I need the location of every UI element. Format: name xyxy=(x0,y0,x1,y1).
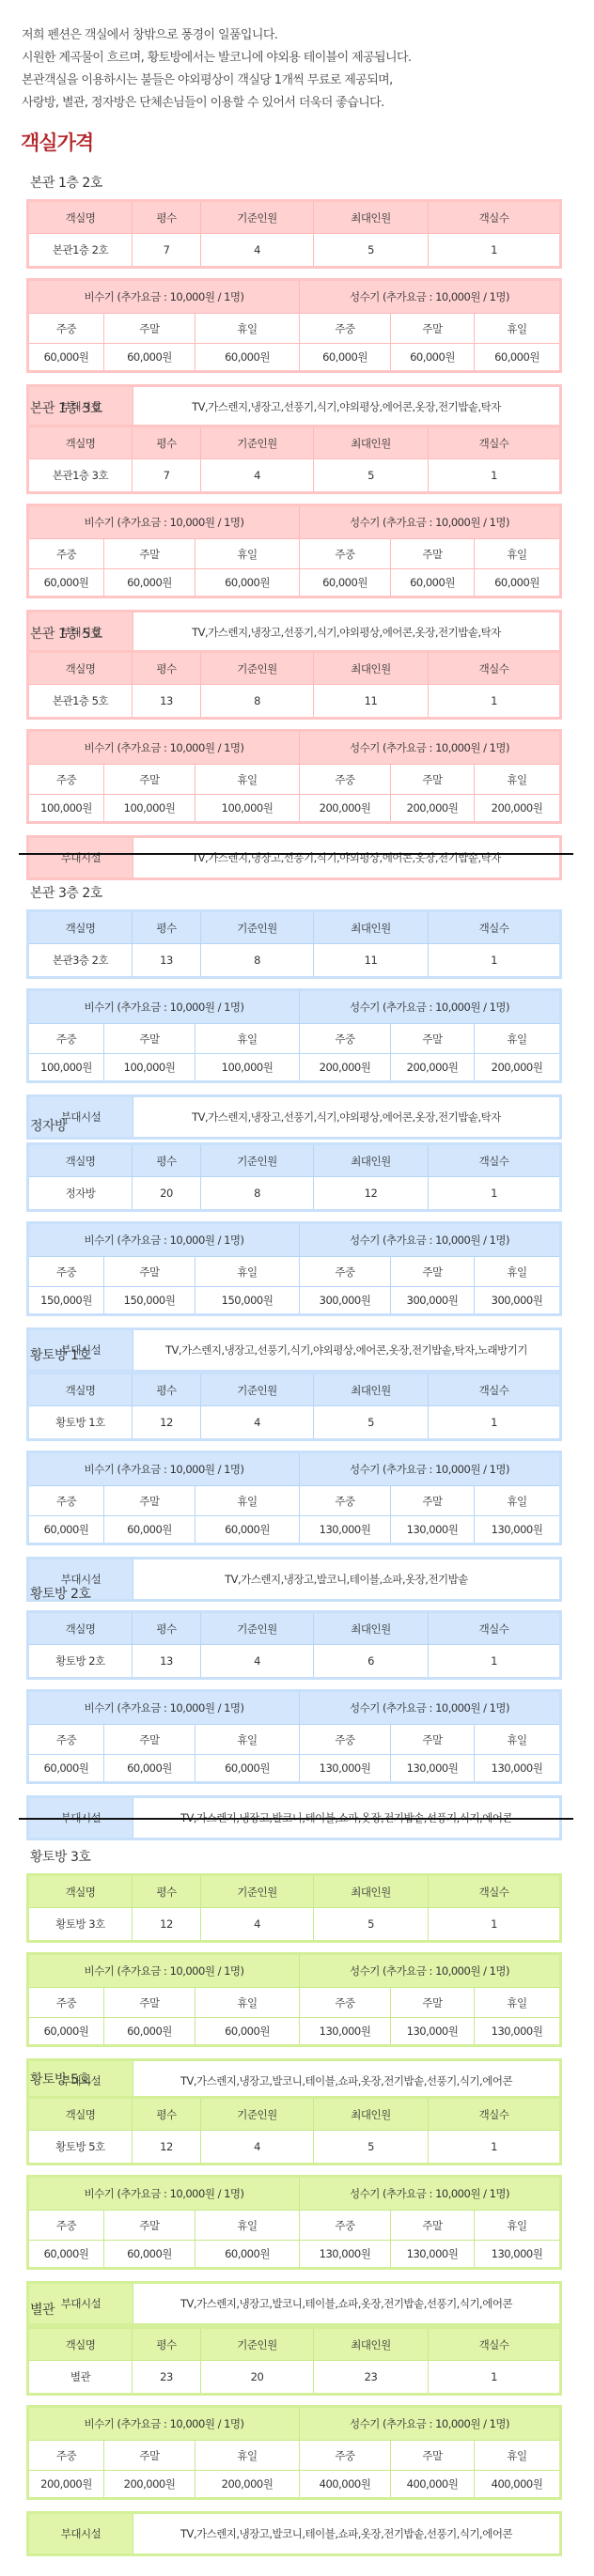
price-row: 100,000원 100,000원 100,000원 200,000원 200,… xyxy=(28,795,561,823)
col-max-occupancy-header: 최대인원 xyxy=(314,652,429,685)
base-occupancy-cell: 4 xyxy=(201,234,314,268)
table-row: 정자방 20 8 12 1 xyxy=(28,1177,561,1211)
off-weekday-price: 200,000원 xyxy=(28,2471,104,2499)
peak-weekend-label: 주말 xyxy=(391,1486,475,1516)
season-header-row: 비수기 (추가요금 : 10,000원 / 1명) 성수기 (추가요금 : 10… xyxy=(28,280,561,314)
off-holiday-label: 휴일 xyxy=(195,539,300,569)
off-weekday-label: 주중 xyxy=(28,2211,104,2241)
col-area-header: 평수 xyxy=(133,911,201,944)
off-holiday-label: 휴일 xyxy=(195,1486,300,1516)
peak-weekday-price: 200,000원 xyxy=(300,795,391,823)
off-holiday-price: 60,000원 xyxy=(195,1755,300,1783)
off-weekday-label: 주중 xyxy=(28,2441,104,2471)
info-header-row: 객실명 평수 기준인원 최대인원 객실수 xyxy=(28,427,561,459)
price-row: 60,000원 60,000원 60,000원 130,000원 130,000… xyxy=(28,1755,561,1783)
off-weekend-label: 주말 xyxy=(104,1257,195,1287)
col-base-occupancy-header: 기준인원 xyxy=(201,652,314,685)
room-name-cell: 황토방 1호 xyxy=(28,1406,133,1440)
season-header-row: 비수기 (추가요금 : 10,000원 / 1명) 성수기 (추가요금 : 10… xyxy=(28,1452,561,1486)
peak-holiday-label: 휴일 xyxy=(475,1988,561,2018)
peak-holiday-price: 130,000원 xyxy=(475,2018,561,2046)
peak-weekday-price: 200,000원 xyxy=(300,1054,391,1082)
off-holiday-price: 60,000원 xyxy=(195,1516,300,1544)
room-count-cell: 1 xyxy=(429,2131,561,2165)
off-weekday-label: 주중 xyxy=(28,765,104,795)
daytype-row: 주중 주말 휴일 주중 주말 휴일 xyxy=(28,1257,561,1287)
info-header-row: 객실명 평수 기준인원 최대인원 객실수 xyxy=(28,1612,561,1645)
col-max-occupancy-header: 최대인원 xyxy=(314,911,429,944)
peak-weekday-label: 주중 xyxy=(300,2441,391,2471)
peak-weekend-label: 주말 xyxy=(391,314,475,344)
intro-line: 저희 펜션은 객실에서 창밖으로 풍경이 일품입니다. xyxy=(22,24,411,47)
price-table: 비수기 (추가요금 : 10,000원 / 1명) 성수기 (추가요금 : 10… xyxy=(26,278,562,373)
room-section-main-1f-3: 본관 1층 3호 객실명 평수 기준인원 최대인원 객실수 본관1층 3호 7 … xyxy=(26,398,562,655)
peak-weekday-price: 60,000원 xyxy=(300,344,391,372)
off-season-header: 비수기 (추가요금 : 10,000원 / 1명) xyxy=(28,505,300,539)
room-title: 황토방 2호 xyxy=(30,1584,562,1605)
col-base-occupancy-header: 기준인원 xyxy=(201,201,314,234)
max-occupancy-cell: 5 xyxy=(314,1406,429,1440)
off-weekend-label: 주말 xyxy=(104,1988,195,2018)
facilities-list: TV,가스렌지,냉장고,선풍기,식기,야외평상,에어콘,옷장,전기밥솥,탁자 xyxy=(133,837,561,879)
peak-weekday-price: 130,000원 xyxy=(300,2018,391,2046)
intro-line: 본관객실을 이용하시는 불들은 야외평상이 객실당 1개씩 무료로 제공되며, xyxy=(22,70,411,92)
season-header-row: 비수기 (추가요금 : 10,000원 / 1명) 성수기 (추가요금 : 10… xyxy=(28,1223,561,1257)
off-holiday-label: 휴일 xyxy=(195,2211,300,2241)
price-table: 비수기 (추가요금 : 10,000원 / 1명) 성수기 (추가요금 : 10… xyxy=(26,729,562,824)
off-weekend-price: 60,000원 xyxy=(104,569,195,597)
col-max-occupancy-header: 최대인원 xyxy=(314,2098,429,2131)
info-header-row: 객실명 평수 기준인원 최대인원 객실수 xyxy=(28,1144,561,1177)
room-count-cell: 1 xyxy=(429,234,561,268)
peak-weekday-price: 130,000원 xyxy=(300,1516,391,1544)
facilities-list: TV,가스렌지,냉장고,발코니,테이블,쇼파,옷장,전기밥솥,선풍기,식기,에어… xyxy=(133,2513,561,2555)
peak-holiday-price: 200,000원 xyxy=(475,795,561,823)
off-weekend-price: 100,000원 xyxy=(104,1054,195,1082)
off-holiday-price: 60,000원 xyxy=(195,2018,300,2046)
off-season-header: 비수기 (추가요금 : 10,000원 / 1명) xyxy=(28,1954,300,1988)
peak-weekday-label: 주중 xyxy=(300,314,391,344)
peak-holiday-price: 60,000원 xyxy=(475,344,561,372)
peak-weekday-label: 주중 xyxy=(300,1988,391,2018)
room-title: 황토방 5호 xyxy=(30,2070,562,2090)
area-cell: 7 xyxy=(133,459,201,493)
intro-line: 사랑방, 별관, 정자방은 단체손님들이 이용할 수 있어서 더욱더 좋습니다. xyxy=(22,92,411,115)
peak-season-header: 성수기 (추가요금 : 10,000원 / 1명) xyxy=(300,1452,561,1486)
peak-weekday-price: 300,000원 xyxy=(300,1287,391,1315)
table-row: 본관3층 2호 13 8 11 1 xyxy=(28,944,561,978)
off-weekend-label: 주말 xyxy=(104,765,195,795)
col-room-name-header: 객실명 xyxy=(28,427,133,459)
peak-holiday-label: 휴일 xyxy=(475,2211,561,2241)
area-cell: 7 xyxy=(133,234,201,268)
off-weekday-price: 60,000원 xyxy=(28,1516,104,1544)
room-info-table: 객실명 평수 기준인원 최대인원 객실수 본관1층 2호 7 4 5 1 xyxy=(26,199,562,269)
peak-season-header: 성수기 (추가요금 : 10,000원 / 1명) xyxy=(300,280,561,314)
off-weekend-price: 150,000원 xyxy=(104,1287,195,1315)
peak-weekend-label: 주말 xyxy=(391,539,475,569)
room-name-cell: 정자방 xyxy=(28,1177,133,1211)
max-occupancy-cell: 5 xyxy=(314,459,429,493)
col-max-occupancy-header: 최대인원 xyxy=(314,1144,429,1177)
col-room-count-header: 객실수 xyxy=(429,427,561,459)
facility-row: 부대시설 TV,가스렌지,냉장고,선풍기,식기,야외평상,에어콘,옷장,전기밥솥… xyxy=(28,837,561,879)
area-cell: 23 xyxy=(133,2361,201,2395)
area-cell: 12 xyxy=(133,1908,201,1942)
col-base-occupancy-header: 기준인원 xyxy=(201,2328,314,2361)
daytype-row: 주중 주말 휴일 주중 주말 휴일 xyxy=(28,1725,561,1755)
room-info-table: 객실명 평수 기준인원 최대인원 객실수 황토방 2호 13 4 6 1 xyxy=(26,1610,562,1680)
room-count-cell: 1 xyxy=(429,1645,561,1679)
off-weekday-label: 주중 xyxy=(28,1988,104,2018)
peak-weekend-label: 주말 xyxy=(391,2441,475,2471)
price-table: 비수기 (추가요금 : 10,000원 / 1명) 성수기 (추가요금 : 10… xyxy=(26,1451,562,1545)
room-title: 황토방 1호 xyxy=(30,1345,562,1366)
peak-weekday-price: 60,000원 xyxy=(300,569,391,597)
facilities-label: 부대시설 xyxy=(28,837,133,879)
room-section-clay-3: 황토방 3호 객실명 평수 기준인원 최대인원 객실수 황토방 3호 12 4 … xyxy=(26,1847,562,2103)
room-name-cell: 별관 xyxy=(28,2361,133,2395)
season-header-row: 비수기 (추가요금 : 10,000원 / 1명) 성수기 (추가요금 : 10… xyxy=(28,1691,561,1725)
daytype-row: 주중 주말 휴일 주중 주말 휴일 xyxy=(28,539,561,569)
max-occupancy-cell: 11 xyxy=(314,944,429,978)
table-row: 본관1층 3호 7 4 5 1 xyxy=(28,459,561,493)
room-name-cell: 본관1층 2호 xyxy=(28,234,133,268)
max-occupancy-cell: 12 xyxy=(314,1177,429,1211)
daytype-row: 주중 주말 휴일 주중 주말 휴일 xyxy=(28,765,561,795)
col-max-occupancy-header: 최대인원 xyxy=(314,427,429,459)
base-occupancy-cell: 20 xyxy=(201,2361,314,2395)
off-weekday-label: 주중 xyxy=(28,314,104,344)
info-header-row: 객실명 평수 기준인원 최대인원 객실수 xyxy=(28,652,561,685)
peak-holiday-price: 300,000원 xyxy=(475,1287,561,1315)
room-title: 정자방 xyxy=(30,1116,562,1137)
peak-weekend-label: 주말 xyxy=(391,1024,475,1054)
daytype-row: 주중 주말 휴일 주중 주말 휴일 xyxy=(28,314,561,344)
off-season-header: 비수기 (추가요금 : 10,000원 / 1명) xyxy=(28,1452,300,1486)
col-base-occupancy-header: 기준인원 xyxy=(201,1875,314,1908)
peak-weekend-price: 200,000원 xyxy=(391,795,475,823)
off-season-header: 비수기 (추가요금 : 10,000원 / 1명) xyxy=(28,2407,300,2441)
off-weekend-label: 주말 xyxy=(104,539,195,569)
peak-weekday-label: 주중 xyxy=(300,539,391,569)
price-table: 비수기 (추가요금 : 10,000원 / 1명) 성수기 (추가요금 : 10… xyxy=(26,1952,562,2047)
price-row: 60,000원 60,000원 60,000원 60,000원 60,000원 … xyxy=(28,569,561,597)
col-room-name-header: 객실명 xyxy=(28,1612,133,1645)
price-table: 비수기 (추가요금 : 10,000원 / 1명) 성수기 (추가요금 : 10… xyxy=(26,1689,562,1784)
off-weekend-label: 주말 xyxy=(104,1486,195,1516)
col-room-name-header: 객실명 xyxy=(28,1373,133,1406)
off-weekday-price: 60,000원 xyxy=(28,1755,104,1783)
off-holiday-label: 휴일 xyxy=(195,1024,300,1054)
peak-holiday-label: 휴일 xyxy=(475,1486,561,1516)
max-occupancy-cell: 5 xyxy=(314,2131,429,2165)
area-cell: 20 xyxy=(133,1177,201,1211)
price-table: 비수기 (추가요금 : 10,000원 / 1명) 성수기 (추가요금 : 10… xyxy=(26,1221,562,1316)
col-area-header: 평수 xyxy=(133,2098,201,2131)
peak-weekday-label: 주중 xyxy=(300,765,391,795)
off-weekend-label: 주말 xyxy=(104,2441,195,2471)
off-holiday-label: 휴일 xyxy=(195,1988,300,2018)
col-room-count-header: 객실수 xyxy=(429,1612,561,1645)
off-holiday-price: 60,000원 xyxy=(195,344,300,372)
info-header-row: 객실명 평수 기준인원 최대인원 객실수 xyxy=(28,2328,561,2361)
room-info-table: 객실명 평수 기준인원 최대인원 객실수 황토방 5호 12 4 5 1 xyxy=(26,2096,562,2165)
col-room-name-header: 객실명 xyxy=(28,1144,133,1177)
off-weekend-label: 주말 xyxy=(104,1024,195,1054)
base-occupancy-cell: 4 xyxy=(201,1406,314,1440)
season-header-row: 비수기 (추가요금 : 10,000원 / 1명) 성수기 (추가요금 : 10… xyxy=(28,1954,561,1988)
table-row: 황토방 2호 13 4 6 1 xyxy=(28,1645,561,1679)
base-occupancy-cell: 8 xyxy=(201,944,314,978)
peak-weekend-price: 130,000원 xyxy=(391,1755,475,1783)
room-title: 본관 1층 2호 xyxy=(30,173,562,194)
off-weekday-price: 100,000원 xyxy=(28,795,104,823)
peak-holiday-label: 휴일 xyxy=(475,2441,561,2471)
off-weekday-price: 100,000원 xyxy=(28,1054,104,1082)
col-area-header: 평수 xyxy=(133,1373,201,1406)
peak-holiday-price: 200,000원 xyxy=(475,1054,561,1082)
col-room-count-header: 객실수 xyxy=(429,2328,561,2361)
max-occupancy-cell: 6 xyxy=(314,1645,429,1679)
room-title: 본관 1층 5호 xyxy=(30,624,562,644)
room-info-table: 객실명 평수 기준인원 최대인원 객실수 황토방 3호 12 4 5 1 xyxy=(26,1873,562,1943)
col-room-count-header: 객실수 xyxy=(429,652,561,685)
table-row: 별관 23 20 23 1 xyxy=(28,2361,561,2395)
off-season-header: 비수기 (추가요금 : 10,000원 / 1명) xyxy=(28,2177,300,2211)
price-table: 비수기 (추가요금 : 10,000원 / 1명) 성수기 (추가요금 : 10… xyxy=(26,2175,562,2270)
off-holiday-price: 100,000원 xyxy=(195,1054,300,1082)
price-row: 100,000원 100,000원 100,000원 200,000원 200,… xyxy=(28,1054,561,1082)
price-row: 60,000원 60,000원 60,000원 130,000원 130,000… xyxy=(28,1516,561,1544)
room-info-table: 객실명 평수 기준인원 최대인원 객실수 본관1층 3호 7 4 5 1 xyxy=(26,425,562,494)
col-max-occupancy-header: 최대인원 xyxy=(314,2328,429,2361)
room-name-cell: 황토방 5호 xyxy=(28,2131,133,2165)
peak-weekend-label: 주말 xyxy=(391,765,475,795)
off-weekend-price: 60,000원 xyxy=(104,1516,195,1544)
season-header-row: 비수기 (추가요금 : 10,000원 / 1명) 성수기 (추가요금 : 10… xyxy=(28,990,561,1024)
peak-season-header: 성수기 (추가요금 : 10,000원 / 1명) xyxy=(300,990,561,1024)
area-cell: 12 xyxy=(133,2131,201,2165)
price-row: 60,000원 60,000원 60,000원 60,000원 60,000원 … xyxy=(28,344,561,372)
daytype-row: 주중 주말 휴일 주중 주말 휴일 xyxy=(28,1024,561,1054)
peak-weekend-label: 주말 xyxy=(391,1988,475,2018)
off-weekend-label: 주말 xyxy=(104,314,195,344)
room-count-cell: 1 xyxy=(429,944,561,978)
base-occupancy-cell: 4 xyxy=(201,459,314,493)
off-weekday-label: 주중 xyxy=(28,1486,104,1516)
peak-weekend-price: 400,000원 xyxy=(391,2471,475,2499)
table-row: 황토방 1호 12 4 5 1 xyxy=(28,1406,561,1440)
info-header-row: 객실명 평수 기준인원 최대인원 객실수 xyxy=(28,201,561,234)
price-row: 60,000원 60,000원 60,000원 130,000원 130,000… xyxy=(28,2018,561,2046)
col-base-occupancy-header: 기준인원 xyxy=(201,427,314,459)
off-season-header: 비수기 (추가요금 : 10,000원 / 1명) xyxy=(28,280,300,314)
room-info-table: 객실명 평수 기준인원 최대인원 객실수 정자방 20 8 12 1 xyxy=(26,1142,562,1212)
col-room-count-header: 객실수 xyxy=(429,1875,561,1908)
max-occupancy-cell: 5 xyxy=(314,1908,429,1942)
price-table: 비수기 (추가요금 : 10,000원 / 1명) 성수기 (추가요금 : 10… xyxy=(26,2405,562,2500)
col-room-name-header: 객실명 xyxy=(28,2098,133,2131)
info-header-row: 객실명 평수 기준인원 최대인원 객실수 xyxy=(28,2098,561,2131)
off-weekend-price: 60,000원 xyxy=(104,1755,195,1783)
peak-weekend-price: 300,000원 xyxy=(391,1287,475,1315)
off-season-header: 비수기 (추가요금 : 10,000원 / 1명) xyxy=(28,1223,300,1257)
peak-weekday-label: 주중 xyxy=(300,2211,391,2241)
page-title: 객실가격 xyxy=(21,128,93,156)
info-header-row: 객실명 평수 기준인원 최대인원 객실수 xyxy=(28,1373,561,1406)
col-room-count-header: 객실수 xyxy=(429,911,561,944)
peak-holiday-label: 휴일 xyxy=(475,314,561,344)
facility-row: 부대시설 TV,가스렌지,냉장고,발코니,테이블,쇼파,옷장,전기밥솥,선풍기,… xyxy=(28,2513,561,2555)
price-table: 비수기 (추가요금 : 10,000원 / 1명) 성수기 (추가요금 : 10… xyxy=(26,504,562,598)
season-header-row: 비수기 (추가요금 : 10,000원 / 1명) 성수기 (추가요금 : 10… xyxy=(28,731,561,765)
room-count-cell: 1 xyxy=(429,1406,561,1440)
room-section-annex: 별관 객실명 평수 기준인원 최대인원 객실수 별관 23 20 23 1 비수… xyxy=(26,2300,562,2556)
peak-weekend-price: 60,000원 xyxy=(391,569,475,597)
off-holiday-price: 60,000원 xyxy=(195,569,300,597)
room-title: 별관 xyxy=(30,2300,562,2320)
col-max-occupancy-header: 최대인원 xyxy=(314,201,429,234)
peak-holiday-price: 60,000원 xyxy=(475,569,561,597)
col-room-count-header: 객실수 xyxy=(429,2098,561,2131)
off-weekday-price: 60,000원 xyxy=(28,569,104,597)
col-max-occupancy-header: 최대인원 xyxy=(314,1612,429,1645)
table-row: 황토방 5호 12 4 5 1 xyxy=(28,2131,561,2165)
price-row: 200,000원 200,000원 200,000원 400,000원 400,… xyxy=(28,2471,561,2499)
col-room-name-header: 객실명 xyxy=(28,201,133,234)
peak-holiday-label: 휴일 xyxy=(475,1024,561,1054)
peak-weekend-label: 주말 xyxy=(391,2211,475,2241)
peak-holiday-price: 130,000원 xyxy=(475,1755,561,1783)
season-header-row: 비수기 (추가요금 : 10,000원 / 1명) 성수기 (추가요금 : 10… xyxy=(28,505,561,539)
area-cell: 13 xyxy=(133,1645,201,1679)
off-holiday-price: 100,000원 xyxy=(195,795,300,823)
peak-holiday-label: 휴일 xyxy=(475,1257,561,1287)
off-holiday-label: 휴일 xyxy=(195,1725,300,1755)
peak-holiday-label: 휴일 xyxy=(475,765,561,795)
peak-weekend-price: 130,000원 xyxy=(391,1516,475,1544)
peak-weekend-price: 60,000원 xyxy=(391,344,475,372)
off-holiday-price: 150,000원 xyxy=(195,1287,300,1315)
peak-holiday-label: 휴일 xyxy=(475,1725,561,1755)
base-occupancy-cell: 8 xyxy=(201,685,314,719)
off-weekday-label: 주중 xyxy=(28,1725,104,1755)
off-season-header: 비수기 (추가요금 : 10,000원 / 1명) xyxy=(28,990,300,1024)
off-weekend-label: 주말 xyxy=(104,2211,195,2241)
off-holiday-label: 휴일 xyxy=(195,2441,300,2471)
table-row: 황토방 3호 12 4 5 1 xyxy=(28,1908,561,1942)
info-header-row: 객실명 평수 기준인원 최대인원 객실수 xyxy=(28,911,561,944)
off-weekday-label: 주중 xyxy=(28,539,104,569)
peak-holiday-price: 130,000원 xyxy=(475,2241,561,2269)
room-name-cell: 본관1층 5호 xyxy=(28,685,133,719)
col-area-header: 평수 xyxy=(133,2328,201,2361)
room-section-clay-1: 황토방 1호 객실명 평수 기준인원 최대인원 객실수 황토방 1호 12 4 … xyxy=(26,1345,562,1602)
peak-holiday-price: 130,000원 xyxy=(475,1516,561,1544)
info-header-row: 객실명 평수 기준인원 최대인원 객실수 xyxy=(28,1875,561,1908)
col-base-occupancy-header: 기준인원 xyxy=(201,1144,314,1177)
section-divider xyxy=(19,1818,573,1820)
peak-season-header: 성수기 (추가요금 : 10,000원 / 1명) xyxy=(300,1954,561,1988)
season-header-row: 비수기 (추가요금 : 10,000원 / 1명) 성수기 (추가요금 : 10… xyxy=(28,2407,561,2441)
base-occupancy-cell: 4 xyxy=(201,2131,314,2165)
room-section-pavilion: 정자방 객실명 평수 기준인원 최대인원 객실수 정자방 20 8 12 1 비… xyxy=(26,1116,562,1373)
room-name-cell: 황토방 2호 xyxy=(28,1645,133,1679)
off-weekday-label: 주중 xyxy=(28,1257,104,1287)
col-area-header: 평수 xyxy=(133,1144,201,1177)
peak-season-header: 성수기 (추가요금 : 10,000원 / 1명) xyxy=(300,2407,561,2441)
peak-season-header: 성수기 (추가요금 : 10,000원 / 1명) xyxy=(300,731,561,765)
table-row: 본관1층 5호 13 8 11 1 xyxy=(28,685,561,719)
off-weekday-price: 60,000원 xyxy=(28,2018,104,2046)
room-title: 본관 1층 3호 xyxy=(30,398,562,419)
room-count-cell: 1 xyxy=(429,1908,561,1942)
peak-holiday-label: 휴일 xyxy=(475,539,561,569)
room-name-cell: 황토방 3호 xyxy=(28,1908,133,1942)
peak-weekday-price: 130,000원 xyxy=(300,1755,391,1783)
intro-text: 저희 펜션은 객실에서 창밖으로 풍경이 일품입니다. 시원한 계곡물이 흐르며… xyxy=(22,24,411,115)
col-area-header: 평수 xyxy=(133,1612,201,1645)
peak-weekday-price: 130,000원 xyxy=(300,2241,391,2269)
off-weekday-price: 60,000원 xyxy=(28,2241,104,2269)
col-base-occupancy-header: 기준인원 xyxy=(201,1612,314,1645)
col-base-occupancy-header: 기준인원 xyxy=(201,1373,314,1406)
area-cell: 13 xyxy=(133,685,201,719)
max-occupancy-cell: 11 xyxy=(314,685,429,719)
price-table: 비수기 (추가요금 : 10,000원 / 1명) 성수기 (추가요금 : 10… xyxy=(26,988,562,1083)
col-area-header: 평수 xyxy=(133,652,201,685)
base-occupancy-cell: 8 xyxy=(201,1177,314,1211)
room-count-cell: 1 xyxy=(429,685,561,719)
col-room-name-header: 객실명 xyxy=(28,911,133,944)
off-weekday-price: 150,000원 xyxy=(28,1287,104,1315)
table-row: 본관1층 2호 7 4 5 1 xyxy=(28,234,561,268)
room-count-cell: 1 xyxy=(429,2361,561,2395)
peak-weekday-price: 400,000원 xyxy=(300,2471,391,2499)
room-section-main-3f-2: 본관 3층 2호 객실명 평수 기준인원 최대인원 객실수 본관3층 2호 13… xyxy=(26,883,562,1140)
peak-weekend-price: 130,000원 xyxy=(391,2018,475,2046)
off-holiday-label: 휴일 xyxy=(195,314,300,344)
room-section-main-1f-5: 본관 1층 5호 객실명 평수 기준인원 최대인원 객실수 본관1층 5호 13… xyxy=(26,624,562,880)
base-occupancy-cell: 4 xyxy=(201,1645,314,1679)
col-room-name-header: 객실명 xyxy=(28,652,133,685)
room-info-table: 객실명 평수 기준인원 최대인원 객실수 황토방 1호 12 4 5 1 xyxy=(26,1372,562,1441)
peak-weekend-price: 130,000원 xyxy=(391,2241,475,2269)
peak-weekend-price: 200,000원 xyxy=(391,1054,475,1082)
room-title: 황토방 3호 xyxy=(30,1847,562,1868)
section-divider xyxy=(19,853,573,855)
peak-season-header: 성수기 (추가요금 : 10,000원 / 1명) xyxy=(300,505,561,539)
season-header-row: 비수기 (추가요금 : 10,000원 / 1명) 성수기 (추가요금 : 10… xyxy=(28,2177,561,2211)
peak-weekend-label: 주말 xyxy=(391,1725,475,1755)
area-cell: 12 xyxy=(133,1406,201,1440)
room-count-cell: 1 xyxy=(429,1177,561,1211)
col-room-count-header: 객실수 xyxy=(429,201,561,234)
room-section-clay-2: 황토방 2호 객실명 평수 기준인원 최대인원 객실수 황토방 2호 13 4 … xyxy=(26,1584,562,1840)
col-base-occupancy-header: 기준인원 xyxy=(201,2098,314,2131)
peak-weekday-label: 주중 xyxy=(300,1257,391,1287)
intro-line: 시원한 계곡물이 흐르며, 황토방에서는 발코니에 야외용 테이블이 제공됩니다… xyxy=(22,47,411,70)
base-occupancy-cell: 4 xyxy=(201,1908,314,1942)
off-weekend-price: 60,000원 xyxy=(104,2018,195,2046)
price-row: 60,000원 60,000원 60,000원 130,000원 130,000… xyxy=(28,2241,561,2269)
peak-holiday-price: 400,000원 xyxy=(475,2471,561,2499)
peak-season-header: 성수기 (추가요금 : 10,000원 / 1명) xyxy=(300,2177,561,2211)
col-base-occupancy-header: 기준인원 xyxy=(201,911,314,944)
facilities-label: 부대시설 xyxy=(28,2513,133,2555)
daytype-row: 주중 주말 휴일 주중 주말 휴일 xyxy=(28,2211,561,2241)
